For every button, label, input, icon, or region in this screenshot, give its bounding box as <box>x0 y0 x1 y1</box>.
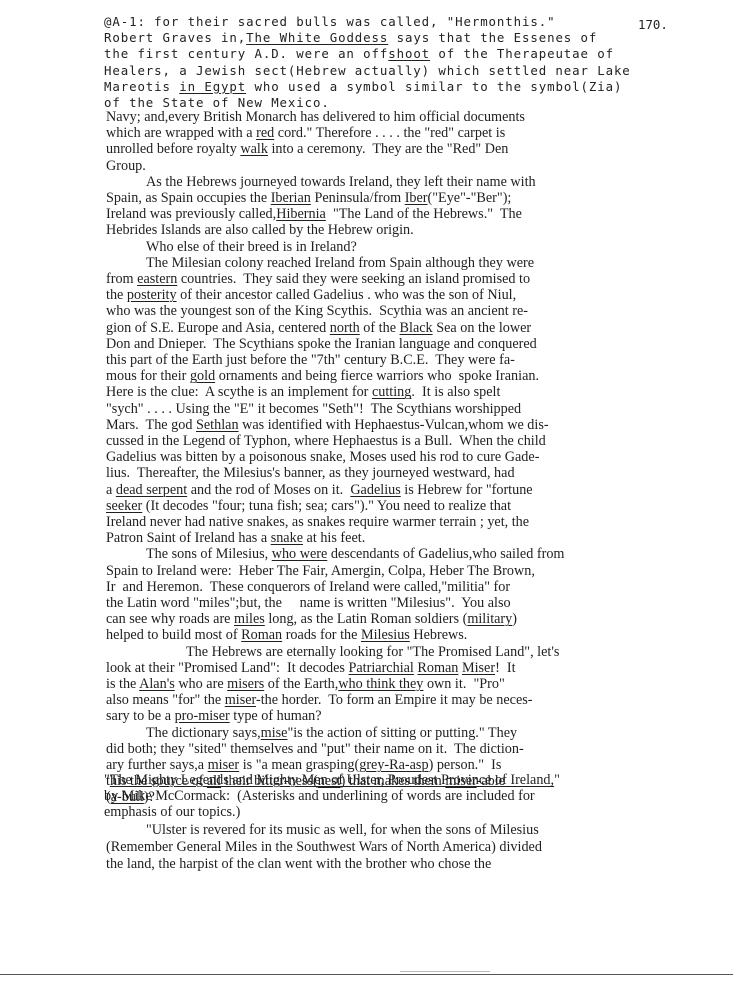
underlined-word: Hibernia <box>276 206 326 222</box>
text-line: The sons of Milesius, who were descendan… <box>146 546 564 562</box>
underlined-word: seeker <box>106 498 142 514</box>
underlined-word: misers <box>227 676 264 692</box>
text-line: helped to build most of Roman roads for … <box>106 627 467 643</box>
underlined-word: Sethlan <box>196 417 239 433</box>
underlined-word: Roman <box>417 660 458 676</box>
underlined-word: Black <box>400 320 433 336</box>
underlined-word: The Mighty Legends and Mighty Men of Uls… <box>110 772 554 788</box>
text-line: Mareotis in Egypt who used a symbol simi… <box>104 79 622 95</box>
text-line: "Ulster is revered for its music as well… <box>146 822 539 838</box>
underlined-word: in Egypt <box>179 79 246 94</box>
page-bottom-rule <box>0 974 733 975</box>
underlined-word: grey-Ra-asp <box>359 757 428 773</box>
text-line: also means "for" the miser-the horder. T… <box>106 692 533 708</box>
text-line: sary to be a pro-miser type of human? <box>106 708 322 724</box>
text-line: is the Alan's who are misers of the Eart… <box>106 676 505 692</box>
underlined-word: Gadelius <box>350 482 400 498</box>
text-line: cussed in the Legend of Typhon, where He… <box>106 433 546 449</box>
text-line: Robert Graves in,The White Goddess says … <box>104 30 597 46</box>
text-line: Mars. The god Sethlan was identified wit… <box>106 417 549 433</box>
underlined-word: gold <box>190 368 215 384</box>
text-line: Ir and Heremon. These conquerors of Irel… <box>106 579 510 595</box>
page-bottom-mark <box>400 971 490 972</box>
underlined-word: dead serpent <box>116 482 187 498</box>
underlined-word: Patriarchial <box>348 660 413 676</box>
text-line: Gadelius was bitten by a poisonous snake… <box>106 449 539 465</box>
underlined-word: military <box>467 611 512 627</box>
text-line: the land, the harpist of the clan went w… <box>106 856 491 872</box>
underlined-word: pro-miser <box>175 708 230 724</box>
text-line: did both; they "sited" themselves and "p… <box>106 741 524 757</box>
text-line: gion of S.E. Europe and Asia, centered n… <box>106 320 531 336</box>
underlined-word: who think they <box>338 676 423 692</box>
underlined-word: red <box>256 125 274 141</box>
text-line: mous for their gold ornaments and being … <box>106 368 539 384</box>
underlined-word: Alan's <box>139 676 175 692</box>
text-line: can see why roads are miles long, as the… <box>106 611 517 627</box>
underlined-word: miser <box>208 757 240 773</box>
text-line: The Milesian colony reached Ireland from… <box>146 255 534 271</box>
underlined-word: eastern <box>137 271 177 287</box>
text-line: Hebrides Islands are also called by the … <box>106 222 414 238</box>
text-line: Group. <box>106 158 146 174</box>
text-line: ary further says,a miser is "a mean gras… <box>106 757 501 773</box>
text-line: a dead serpent and the rod of Moses on i… <box>106 482 533 498</box>
text-line: "The Mighty Legends and Mighty Men of Ul… <box>104 772 560 788</box>
text-line: Who else of their breed is in Ireland? <box>146 239 357 255</box>
underlined-word: Milesius <box>361 627 410 643</box>
text-line: Healers, a Jewish sect(Hebrew actually) … <box>104 63 631 79</box>
underlined-word: Iber <box>405 190 428 206</box>
text-line: As the Hebrews journeyed towards Ireland… <box>146 174 536 190</box>
text-line: the posterity of their ancestor called G… <box>106 287 516 303</box>
text-line: Spain to Ireland were: Heber The Fair, A… <box>106 563 535 579</box>
text-line: Spain, as Spain occupies the Iberian Pen… <box>106 190 511 206</box>
text-line: emphasis of our topics.) <box>104 804 240 820</box>
text-line: the first century A.D. were an offshoot … <box>104 46 614 62</box>
text-line: the Latin word "miles";but, the name is … <box>106 595 511 611</box>
text-line: (Remember General Miles in the Southwest… <box>106 839 542 855</box>
text-line: by Mike McCormack: (Asterisks and underl… <box>104 788 535 804</box>
underlined-word: Miser <box>462 660 495 676</box>
underlined-word: posterity <box>127 287 177 303</box>
underlined-word: shoot <box>388 46 430 61</box>
underlined-word: Roman <box>241 627 282 643</box>
underlined-word: who were <box>272 546 328 562</box>
underlined-word: cutting <box>372 384 411 400</box>
underlined-word: miles <box>234 611 265 627</box>
text-line: Ireland was previously called,Hibernia "… <box>106 206 522 222</box>
text-line: Don and Dnieper. The Scythians spoke the… <box>106 336 537 352</box>
text-line: @A-1: for their sacred bulls was called,… <box>104 14 555 30</box>
underlined-word: snake <box>271 530 303 546</box>
text-line: lius. Thereafter, the Milesius's banner,… <box>106 465 515 481</box>
underlined-word: miser <box>225 692 256 708</box>
underlined-word: north <box>330 320 360 336</box>
underlined-word: The White Goddess <box>246 30 388 45</box>
text-line: this part of the Earth just before the "… <box>106 352 515 368</box>
underlined-word: mise <box>261 725 288 741</box>
text-line: Navy; and,every British Monarch has deli… <box>106 109 525 125</box>
underlined-word: Iberian <box>271 190 311 206</box>
document-page: 170. @A-1: for their sacred bulls was ca… <box>0 0 733 1002</box>
text-line: The dictionary says,mise"is the action o… <box>146 725 517 741</box>
text-line: "sych" . . . . Using the "E" it becomes … <box>106 401 521 417</box>
text-line: The Hebrews are eternally looking for "T… <box>186 644 559 660</box>
text-line: who was the youngest son of the King Scy… <box>106 303 528 319</box>
text-line: seeker (It decodes "four; tuna fish; sea… <box>106 498 511 514</box>
text-line: Ireland never had native snakes, as snak… <box>106 514 529 530</box>
text-line: Here is the clue: A scythe is an impleme… <box>106 384 500 400</box>
text-line: which are wrapped with a red cord." Ther… <box>106 125 505 141</box>
page-number: 170. <box>638 17 668 32</box>
text-line: look at their "Promised Land": It decode… <box>106 660 516 676</box>
text-line: from eastern countries. They said they w… <box>106 271 530 287</box>
underlined-word: walk <box>240 141 268 157</box>
text-line: unrolled before royalty walk into a cere… <box>106 141 508 157</box>
text-line: Patron Saint of Ireland has a snake at h… <box>106 530 365 546</box>
